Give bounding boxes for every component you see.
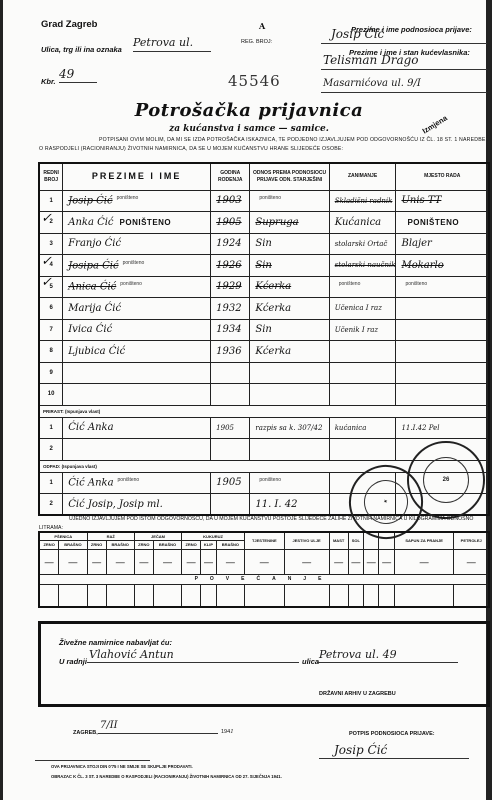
col-header: SAPUN ZA PRANJE	[394, 532, 454, 549]
table-row: 6 Marija Ćić 1932 Kćerka Učenica I raz	[39, 298, 489, 320]
date-field[interactable]: 7/II	[98, 720, 218, 734]
stock-value-cell[interactable]: —	[201, 549, 217, 574]
table-row: 3 Franjo Ćić 1924 Sin stolarski Ortač Bl…	[39, 233, 489, 255]
food-stock-table: PŠENICA RAŽ JEČAM KUKURUZ TJESTENINE JES…	[38, 531, 490, 608]
price-note: OVA PRIJAVNICA STOJI DIN 0'75 I NE SMIJE…	[51, 764, 193, 769]
table-row: 8 Ljubica Ćić 1936 Kćerka	[39, 341, 489, 363]
stock-value-cell[interactable]: —	[39, 549, 59, 574]
increase-cell[interactable]	[106, 584, 134, 607]
sub-header: ZRNO	[39, 541, 59, 550]
row-no: 1	[39, 190, 63, 212]
table-row: 9	[39, 362, 489, 384]
year-field[interactable]: 1941	[221, 729, 234, 735]
workplace-cell[interactable]: Mokarlo	[396, 255, 489, 277]
row-no: 6	[39, 298, 63, 320]
year-cell[interactable]: 1936	[211, 341, 250, 363]
col-header-workplace: MJESTO RADA	[396, 163, 489, 190]
name-cell[interactable]: Anica Ćićponišteno	[63, 276, 211, 298]
occupation-cell[interactable]: poništeno	[329, 276, 396, 298]
name-cell[interactable]: Ćić Anka	[63, 417, 211, 439]
stock-value-cell[interactable]: —	[379, 549, 394, 574]
increase-cell[interactable]	[454, 584, 489, 607]
relation-cell[interactable]: Kćerka	[250, 298, 329, 320]
row-no: 1	[39, 417, 63, 439]
relation-cell[interactable]: razpis sa k. 307/42	[250, 417, 329, 439]
year-cell[interactable]	[211, 362, 250, 384]
increase-cell[interactable]	[201, 584, 217, 607]
relation-cell[interactable]	[250, 439, 329, 461]
form-subtitle: za kućanstva i samce — samice.	[3, 124, 492, 134]
consumer-registration-form: Grad Zagreb Ulica, trg ili ina oznaka Pe…	[0, 0, 492, 800]
povecanje-label: POVEĆANJE	[39, 574, 489, 584]
stock-value-cell[interactable]: —	[284, 549, 329, 574]
workplace-cell[interactable]	[396, 341, 489, 363]
sub-header: BRAŠNO	[216, 541, 244, 550]
occupation-cell[interactable]: stolarski Ortač	[329, 233, 396, 255]
year-cell[interactable]: 1924	[211, 233, 250, 255]
stock-values-row: — — — — — — — — — — — — — — — — —	[39, 549, 489, 574]
place-label: ZAGREB,	[73, 730, 98, 736]
year-cell[interactable]	[211, 439, 250, 461]
stock-value-cell[interactable]: —	[216, 549, 244, 574]
landlord-address-field[interactable]: Masarnićova ul. 9/I	[321, 78, 487, 93]
stock-value-cell[interactable]: —	[364, 549, 379, 574]
workplace-cell[interactable]	[396, 298, 489, 320]
sub-header: BRAŠNO	[106, 541, 134, 550]
occupation-cell[interactable]	[329, 362, 396, 384]
name-cell[interactable]	[63, 384, 211, 406]
stock-value-cell[interactable]: —	[348, 549, 363, 574]
stock-value-cell[interactable]: —	[153, 549, 181, 574]
stock-value-cell[interactable]: —	[59, 549, 87, 574]
stock-value-cell[interactable]: —	[134, 549, 153, 574]
name-cell[interactable]: Josip Ćićponišteno	[63, 190, 211, 212]
col-header: TJESTENINE	[245, 532, 285, 549]
occupation-cell[interactable]	[329, 341, 396, 363]
table-row: 4 Josipa Ćićponišteno 1926 Sin stolarski…	[39, 255, 489, 277]
sub-header: BRAŠNO	[59, 541, 87, 550]
sub-header: BRAŠNO	[153, 541, 181, 550]
row-no: 2	[39, 439, 63, 461]
checkmark-icon: ✓	[41, 211, 52, 226]
col-header: MAST	[329, 532, 348, 549]
workplace-cell[interactable]	[396, 362, 489, 384]
year-cell[interactable]: 1934	[211, 319, 250, 341]
shop-street-field[interactable]: Petrova ul. 49	[317, 648, 458, 663]
row-no: 7	[39, 319, 63, 341]
name-cell[interactable]: Ćić Josip, Josip ml.	[63, 494, 211, 516]
group-header: PŠENICA	[39, 532, 87, 541]
table-header-row: REDNI BROJ PREZIME I IME GODINA RODENJA …	[39, 163, 489, 190]
stock-value-cell[interactable]: —	[454, 549, 489, 574]
row-no: 1	[39, 472, 63, 494]
workplace-cell[interactable]: PONIŠTENO	[396, 212, 489, 234]
table-row: 7 Ivica Ćić 1934 Sin Učenik I raz	[39, 319, 489, 341]
prirast-section-header: PRIRAST: (Ispunjava vlast)	[39, 405, 489, 417]
year-cell[interactable]: 1903	[211, 190, 250, 212]
checkmark-icon: ✓	[41, 254, 52, 269]
povecanje-row: POVEĆANJE	[39, 574, 489, 584]
increase-cell[interactable]	[394, 584, 454, 607]
street-field[interactable]: Petrova ul.	[133, 36, 211, 52]
relation-cell[interactable]: poništeno	[250, 472, 329, 494]
col-header-relation: ODNOS PREMA PODNOSIOCU PRIJAVE ODN. STAR…	[250, 163, 329, 190]
sub-header: KLIP	[201, 541, 217, 550]
checkmark-icon: ✓	[41, 275, 52, 290]
name-cell[interactable]	[63, 439, 211, 461]
sub-header: ZRNO	[134, 541, 153, 550]
col-header: SOL	[348, 532, 363, 549]
workplace-cell[interactable]: poništeno	[396, 276, 489, 298]
shop-label: U radnji	[59, 657, 87, 666]
shop-field[interactable]: Vlahović Antun	[87, 648, 299, 663]
occupation-cell[interactable]	[329, 384, 396, 406]
increase-cell[interactable]	[216, 584, 244, 607]
workplace-cell[interactable]: Blajer	[396, 233, 489, 255]
group-header: JEČAM	[134, 532, 181, 541]
intro-paragraph: POTPISANI OVIM MOLIM, DA MI SE IZDA POTR…	[39, 136, 487, 154]
name-cell[interactable]: Marija Ćić	[63, 298, 211, 320]
increase-cell[interactable]	[153, 584, 181, 607]
row-no: 10	[39, 384, 63, 406]
increase-cell[interactable]	[245, 584, 285, 607]
col-header	[364, 532, 379, 549]
supply-title: Živežne namirnice nabavljat ću:	[59, 638, 172, 647]
reg-number: 45546	[228, 72, 281, 90]
sub-header: ZRNO	[182, 541, 201, 550]
relation-cell[interactable]: 11. I. 42	[250, 494, 329, 516]
increase-cell[interactable]	[348, 584, 363, 607]
series-mark: A	[259, 21, 265, 31]
col-header: JESTIVO ULJE	[284, 532, 329, 549]
relation-cell[interactable]: Kćerka	[250, 276, 329, 298]
increase-cell[interactable]	[182, 584, 201, 607]
year-cell[interactable]: 1905	[211, 417, 250, 439]
supply-shop-box: Živežne namirnice nabavljat ću: U radnji…	[38, 621, 490, 707]
occupation-cell[interactable]: Učenik I raz	[329, 319, 396, 341]
name-cell[interactable]: Franjo Ćić	[63, 233, 211, 255]
archive-stamp: DRŽAVNI ARHIV U ZAGREBU	[319, 691, 396, 697]
table-row: 1 Ćić Anka 1905 razpis sa k. 307/42 kuća…	[39, 417, 489, 439]
house-number-label: Kbr.	[41, 77, 56, 86]
name-cell[interactable]: Ljubica Ćić	[63, 341, 211, 363]
workplace-cell[interactable]	[396, 384, 489, 406]
footer-divider	[35, 760, 150, 761]
relation-cell[interactable]: Kćerka	[250, 341, 329, 363]
occupation-cell[interactable]: Skladišni radnik	[329, 190, 396, 212]
col-header-name: PREZIME I IME	[63, 163, 211, 190]
year-cell[interactable]: 1932	[211, 298, 250, 320]
stock-value-cell[interactable]: —	[182, 549, 201, 574]
col-header-occupation: ZANIMANJE	[329, 163, 396, 190]
relation-cell[interactable]	[250, 384, 329, 406]
stock-value-cell[interactable]: —	[245, 549, 285, 574]
table-row: 10	[39, 384, 489, 406]
year-cell[interactable]	[211, 384, 250, 406]
stock-value-cell[interactable]: —	[87, 549, 106, 574]
form-title: Potrošačka prijavnica	[3, 100, 492, 121]
stamp-date: 26	[423, 457, 469, 503]
col-header	[379, 532, 394, 549]
table-row: 2 Anka ĆićPONIŠTENO 1905 Supruga Kućanic…	[39, 212, 489, 234]
cancelled-stamp: PONIŠTENO	[120, 218, 172, 227]
signature-field[interactable]: Josip Ćić	[319, 743, 469, 759]
relation-cell[interactable]: Sin	[250, 319, 329, 341]
increase-cell[interactable]	[284, 584, 329, 607]
col-header-no: REDNI BROJ	[39, 163, 63, 190]
stock-value-cell[interactable]: —	[106, 549, 134, 574]
increase-cell[interactable]	[39, 584, 59, 607]
increase-cell[interactable]	[364, 584, 379, 607]
occupation-cell[interactable]: kućanica	[329, 417, 396, 439]
increase-cell[interactable]	[59, 584, 87, 607]
regulation-note: OBRAZAC K ČL. 3 ST. 3 NAREDBE O RASPODJE…	[51, 774, 282, 779]
signature-label: POTPIS PODNOSIOCA PRIJAVE:	[349, 731, 435, 737]
year-cell[interactable]: 1905	[211, 472, 250, 494]
workplace-cell[interactable]: 11.I.42 Pel	[396, 417, 489, 439]
applicant-field[interactable]: Josip Ćić	[321, 27, 487, 44]
name-cell[interactable]: Ivica Ćić	[63, 319, 211, 341]
table-row: 1 Josip Ćićponišteno 1903 poništeno Skla…	[39, 190, 489, 212]
year-cell[interactable]	[211, 494, 250, 516]
city-heading: Grad Zagreb	[41, 19, 98, 30]
relation-cell[interactable]: Sin	[250, 255, 329, 277]
stock-value-cell[interactable]: —	[394, 549, 454, 574]
stock-value-cell[interactable]: —	[329, 549, 348, 574]
name-cell[interactable]: Anka ĆićPONIŠTENO	[63, 212, 211, 234]
stock-group-header-row: PŠENICA RAŽ JEČAM KUKURUZ TJESTENINE JES…	[39, 532, 489, 541]
name-cell[interactable]: Josipa Ćićponišteno	[63, 255, 211, 277]
increase-cell[interactable]	[134, 584, 153, 607]
reg-number-label: REG. BROJ:	[241, 39, 272, 45]
occupation-cell[interactable]	[329, 439, 396, 461]
relation-cell[interactable]: poništeno	[250, 190, 329, 212]
row-no: 3	[39, 233, 63, 255]
sub-header: ZRNO	[87, 541, 106, 550]
relation-cell[interactable]: Supruga	[250, 212, 329, 234]
occupation-cell[interactable]: Učenica I raz	[329, 298, 396, 320]
relation-cell[interactable]: Sin	[250, 233, 329, 255]
workplace-cell[interactable]: Unis TT	[396, 190, 489, 212]
year-cell[interactable]: 1929	[211, 276, 250, 298]
occupation-cell[interactable]: stolarski naučnik	[329, 255, 396, 277]
house-number-field[interactable]: 49	[59, 67, 97, 83]
occupation-cell[interactable]: Kućanica	[329, 212, 396, 234]
relation-cell[interactable]	[250, 362, 329, 384]
cancelled-note: poništeno	[117, 195, 139, 201]
name-cell[interactable]	[63, 362, 211, 384]
year-cell[interactable]: 1926	[211, 255, 250, 277]
row-no: 8	[39, 341, 63, 363]
group-header: RAŽ	[87, 532, 134, 541]
workplace-cell[interactable]	[396, 319, 489, 341]
increase-cell[interactable]	[87, 584, 106, 607]
increase-cell[interactable]	[329, 584, 348, 607]
col-header-year: GODINA RODENJA	[211, 163, 250, 190]
year-cell[interactable]: 1905	[211, 212, 250, 234]
increase-cell[interactable]	[379, 584, 394, 607]
col-header: PETROLEJ	[454, 532, 489, 549]
row-no: 9	[39, 362, 63, 384]
povecanje-values-row	[39, 584, 489, 607]
row-no: 2	[39, 494, 63, 516]
table-row: 5 Anica Ćićponišteno 1929 Kćerka ponište…	[39, 276, 489, 298]
landlord-field[interactable]: Telisman Drago	[321, 53, 487, 70]
street-label: Ulica, trg ili ina oznaka	[41, 45, 122, 54]
name-cell[interactable]: Ćić Ankaponišteno	[63, 472, 211, 494]
group-header: KUKURUZ	[182, 532, 245, 541]
